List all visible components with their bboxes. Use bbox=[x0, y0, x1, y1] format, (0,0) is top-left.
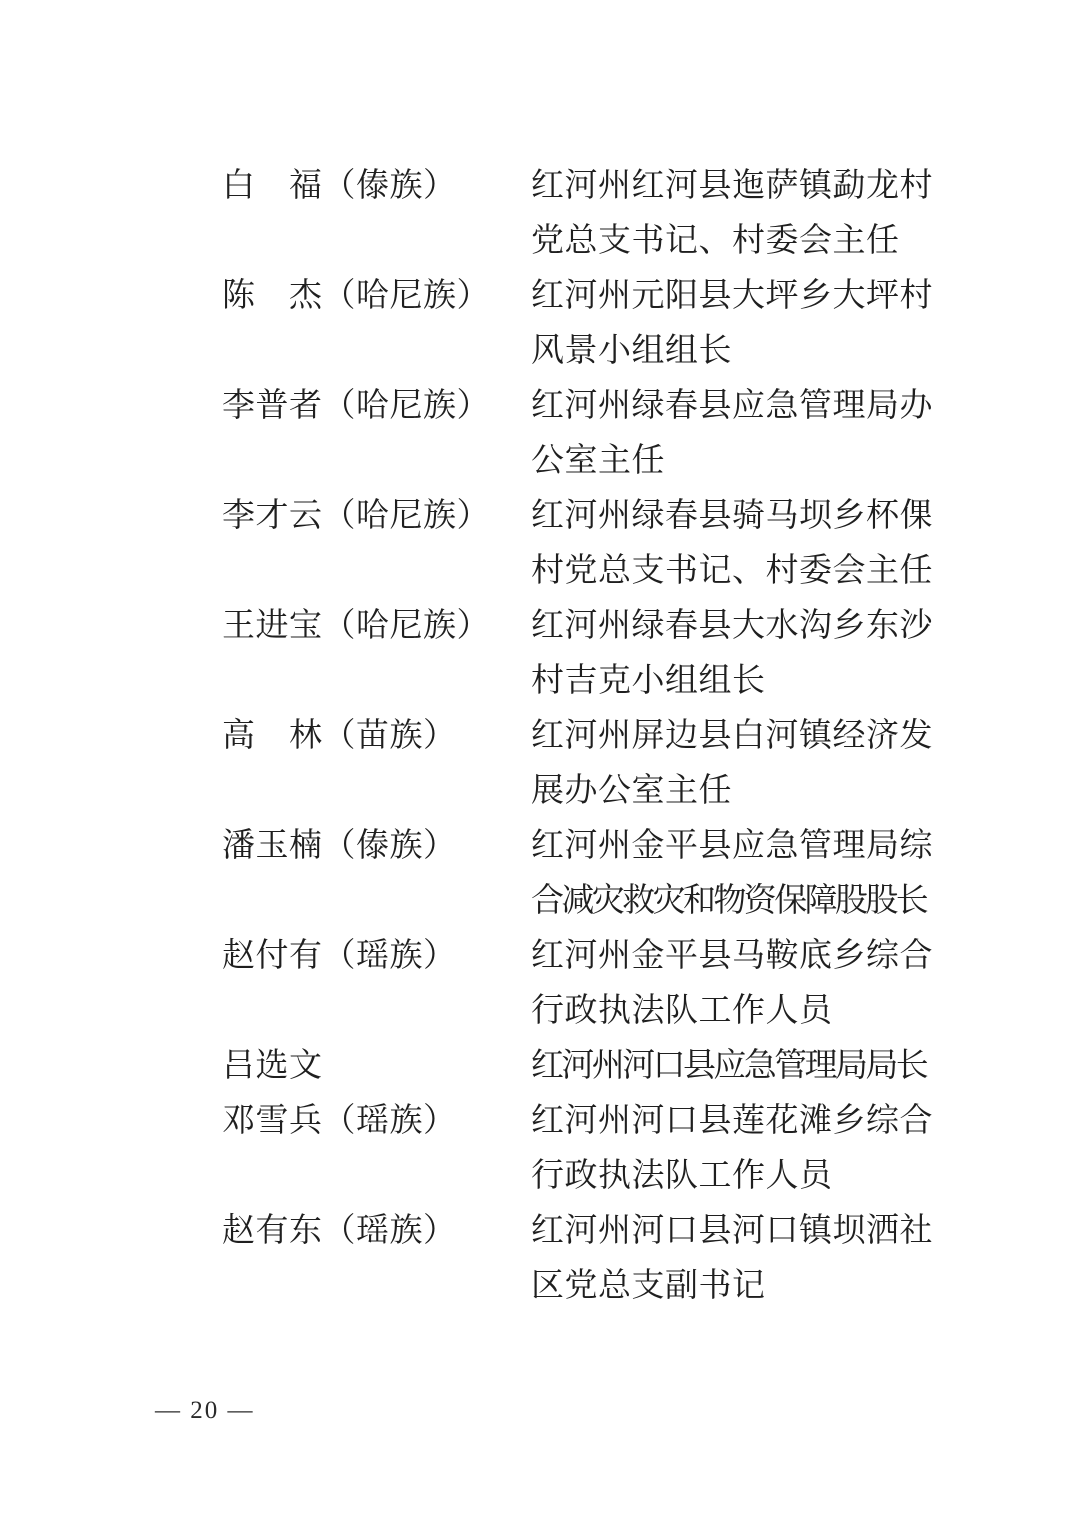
list-item: 赵付有（瑶族） 红河州金平县马鞍底乡综合 行政执法队工作人员 bbox=[222, 929, 961, 1039]
person-name-cell: 高 林（苗族） bbox=[222, 709, 531, 764]
position-cell: 红河州金平县马鞍底乡综合 行政执法队工作人员 bbox=[531, 929, 961, 1039]
position-line: 红河州红河县迤萨镇勐龙村 bbox=[531, 159, 961, 214]
position-line: 行政执法队工作人员 bbox=[531, 984, 961, 1039]
list-item: 白 福（傣族） 红河州红河县迤萨镇勐龙村 党总支书记、村委会主任 bbox=[222, 159, 961, 269]
position-line: 红河州河口县应急管理局局长 bbox=[531, 1039, 961, 1094]
person-ethnicity: （哈尼族） bbox=[323, 498, 491, 534]
person-name: 潘玉楠 bbox=[222, 828, 323, 864]
position-line: 红河州元阳县大坪乡大坪村 bbox=[531, 269, 961, 324]
list-item: 邓雪兵（瑶族） 红河州河口县莲花滩乡综合 行政执法队工作人员 bbox=[222, 1094, 961, 1204]
person-name: 白 福 bbox=[222, 168, 323, 204]
position-line: 红河州屏边县白河镇经济发 bbox=[531, 709, 961, 764]
position-line: 红河州河口县河口镇坝洒社 bbox=[531, 1204, 961, 1259]
position-cell: 红河州红河县迤萨镇勐龙村 党总支书记、村委会主任 bbox=[531, 159, 961, 269]
position-line: 展办公室主任 bbox=[531, 764, 961, 819]
position-line: 党总支书记、村委会主任 bbox=[531, 214, 961, 269]
position-line: 红河州绿春县大水沟乡东沙 bbox=[531, 599, 961, 654]
position-line: 风景小组组长 bbox=[531, 324, 961, 379]
person-name-cell: 潘玉楠（傣族） bbox=[222, 819, 531, 874]
list-item: 潘玉楠（傣族） 红河州金平县应急管理局综 合减灾救灾和物资保障股股长 bbox=[222, 819, 961, 929]
document-page: 白 福（傣族） 红河州红河县迤萨镇勐龙村 党总支书记、村委会主任 陈 杰（哈尼族… bbox=[0, 0, 1080, 1527]
person-name: 赵付有 bbox=[222, 938, 323, 974]
person-ethnicity: （傣族） bbox=[323, 828, 457, 864]
position-cell: 红河州元阳县大坪乡大坪村 风景小组组长 bbox=[531, 269, 961, 379]
position-cell: 红河州绿春县骑马坝乡杯倮 村党总支书记、村委会主任 bbox=[531, 489, 961, 599]
list-item: 赵有东（瑶族） 红河州河口县河口镇坝洒社 区党总支副书记 bbox=[222, 1204, 961, 1314]
position-line: 行政执法队工作人员 bbox=[531, 1149, 961, 1204]
person-name: 李才云 bbox=[222, 498, 323, 534]
list-item: 李才云（哈尼族） 红河州绿春县骑马坝乡杯倮 村党总支书记、村委会主任 bbox=[222, 489, 961, 599]
person-name: 李普者 bbox=[222, 388, 323, 424]
person-name-cell: 赵有东（瑶族） bbox=[222, 1204, 531, 1259]
person-ethnicity: （苗族） bbox=[323, 718, 457, 754]
position-cell: 红河州河口县莲花滩乡综合 行政执法队工作人员 bbox=[531, 1094, 961, 1204]
position-line: 红河州绿春县骑马坝乡杯倮 bbox=[531, 489, 961, 544]
person-name-cell: 吕选文 bbox=[222, 1039, 531, 1094]
position-line: 红河州金平县马鞍底乡综合 bbox=[531, 929, 961, 984]
position-line: 区党总支副书记 bbox=[531, 1259, 961, 1314]
person-name-cell: 李普者（哈尼族） bbox=[222, 379, 531, 434]
person-name-cell: 陈 杰（哈尼族） bbox=[222, 269, 531, 324]
person-ethnicity: （哈尼族） bbox=[323, 278, 491, 314]
position-cell: 红河州屏边县白河镇经济发 展办公室主任 bbox=[531, 709, 961, 819]
person-name-cell: 邓雪兵（瑶族） bbox=[222, 1094, 531, 1149]
person-name: 赵有东 bbox=[222, 1213, 323, 1249]
person-name-cell: 白 福（傣族） bbox=[222, 159, 531, 214]
award-list: 白 福（傣族） 红河州红河县迤萨镇勐龙村 党总支书记、村委会主任 陈 杰（哈尼族… bbox=[222, 159, 961, 1314]
person-name-cell: 李才云（哈尼族） bbox=[222, 489, 531, 544]
page-number: — 20 — bbox=[155, 1396, 255, 1426]
person-name-cell: 王进宝（哈尼族） bbox=[222, 599, 531, 654]
position-line: 红河州绿春县应急管理局办 bbox=[531, 379, 961, 434]
position-line: 红河州金平县应急管理局综 bbox=[531, 819, 961, 874]
person-name-cell: 赵付有（瑶族） bbox=[222, 929, 531, 984]
person-ethnicity: （哈尼族） bbox=[323, 608, 491, 644]
position-line: 公室主任 bbox=[531, 434, 961, 489]
person-ethnicity: （瑶族） bbox=[323, 1213, 457, 1249]
position-line: 合减灾救灾和物资保障股股长 bbox=[531, 874, 961, 929]
list-item: 陈 杰（哈尼族） 红河州元阳县大坪乡大坪村 风景小组组长 bbox=[222, 269, 961, 379]
list-item: 王进宝（哈尼族） 红河州绿春县大水沟乡东沙 村吉克小组组长 bbox=[222, 599, 961, 709]
position-line: 村吉克小组组长 bbox=[531, 654, 961, 709]
position-cell: 红河州绿春县大水沟乡东沙 村吉克小组组长 bbox=[531, 599, 961, 709]
list-item: 高 林（苗族） 红河州屏边县白河镇经济发 展办公室主任 bbox=[222, 709, 961, 819]
position-cell: 红河州绿春县应急管理局办 公室主任 bbox=[531, 379, 961, 489]
person-name: 邓雪兵 bbox=[222, 1103, 323, 1139]
list-item: 吕选文 红河州河口县应急管理局局长 bbox=[222, 1039, 961, 1094]
list-item: 李普者（哈尼族） 红河州绿春县应急管理局办 公室主任 bbox=[222, 379, 961, 489]
person-ethnicity: （瑶族） bbox=[323, 1103, 457, 1139]
position-line: 村党总支书记、村委会主任 bbox=[531, 544, 961, 599]
position-cell: 红河州河口县应急管理局局长 bbox=[531, 1039, 961, 1094]
person-name: 王进宝 bbox=[222, 608, 323, 644]
person-name: 吕选文 bbox=[222, 1048, 323, 1084]
position-line: 红河州河口县莲花滩乡综合 bbox=[531, 1094, 961, 1149]
position-cell: 红河州河口县河口镇坝洒社 区党总支副书记 bbox=[531, 1204, 961, 1314]
person-ethnicity: （傣族） bbox=[323, 168, 457, 204]
person-name: 陈 杰 bbox=[222, 278, 323, 314]
person-ethnicity: （瑶族） bbox=[323, 938, 457, 974]
person-ethnicity: （哈尼族） bbox=[323, 388, 491, 424]
person-name: 高 林 bbox=[222, 718, 323, 754]
position-cell: 红河州金平县应急管理局综 合减灾救灾和物资保障股股长 bbox=[531, 819, 961, 929]
